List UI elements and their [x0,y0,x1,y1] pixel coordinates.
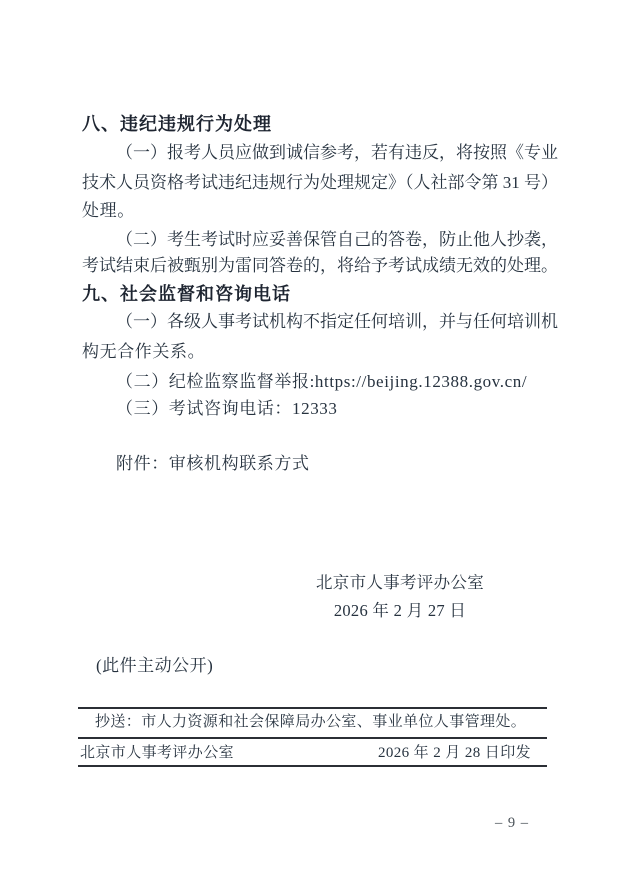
page-number: – 9 – [478,813,546,833]
section-8-heading: 八、违纪违规行为处理 [82,110,558,139]
section-9-heading: 九、社会监督和咨询电话 [82,280,558,309]
section-9-report-url-line: （二）纪检监察监督举报:https://beijing.12388.gov.cn… [82,367,558,396]
footer-issuer: 北京市人事考评办公室 [80,743,234,764]
footer-middle-rule [78,737,547,739]
document-page: 八、违纪违规行为处理 （一）报考人员应做到诚信参考，若有违反，将按照《专业 技术… [0,0,621,886]
signature-issuer: 北京市人事考评办公室 [300,568,500,597]
section-9-para-1-line-1: （一）各级人事考试机构不指定任何培训，并与任何培训机 [82,307,558,336]
section-8-para-2-line-1: （二）考生考试时应妥善保管自己的答卷，防止他人抄袭， [82,225,558,254]
footer-cc-line: 抄送：市人力资源和社会保障局办公室、事业单位人事管理处。 [95,712,526,733]
section-9-phone-line: （三）考试咨询电话：12333 [82,394,558,423]
attachment-reference: 附件：审核机构联系方式 [82,449,558,478]
section-9-para-1-line-2: 构无合作关系。 [82,337,558,366]
footer-print-date: 2026 年 2 月 28 日印发 [378,743,531,764]
disclosure-note: (此件主动公开) [96,651,213,680]
section-8-para-2-line-2: 考试结束后被甄别为雷同答卷的，将给予考试成绩无效的处理。 [82,251,558,280]
section-8-para-1-line-3: 处理。 [82,196,558,225]
footer-top-rule [78,707,547,709]
section-8-para-1-line-2: 技术人员资格考试违纪违规行为处理规定》（人社部令第 31 号） [82,168,558,197]
signature-date: 2026 年 2 月 27 日 [300,596,500,625]
section-8-para-1-line-1: （一）报考人员应做到诚信参考，若有违反，将按照《专业 [82,138,558,167]
footer-bottom-rule [78,765,547,767]
footer-issuer-row: 北京市人事考评办公室 2026 年 2 月 28 日印发 [78,743,547,764]
